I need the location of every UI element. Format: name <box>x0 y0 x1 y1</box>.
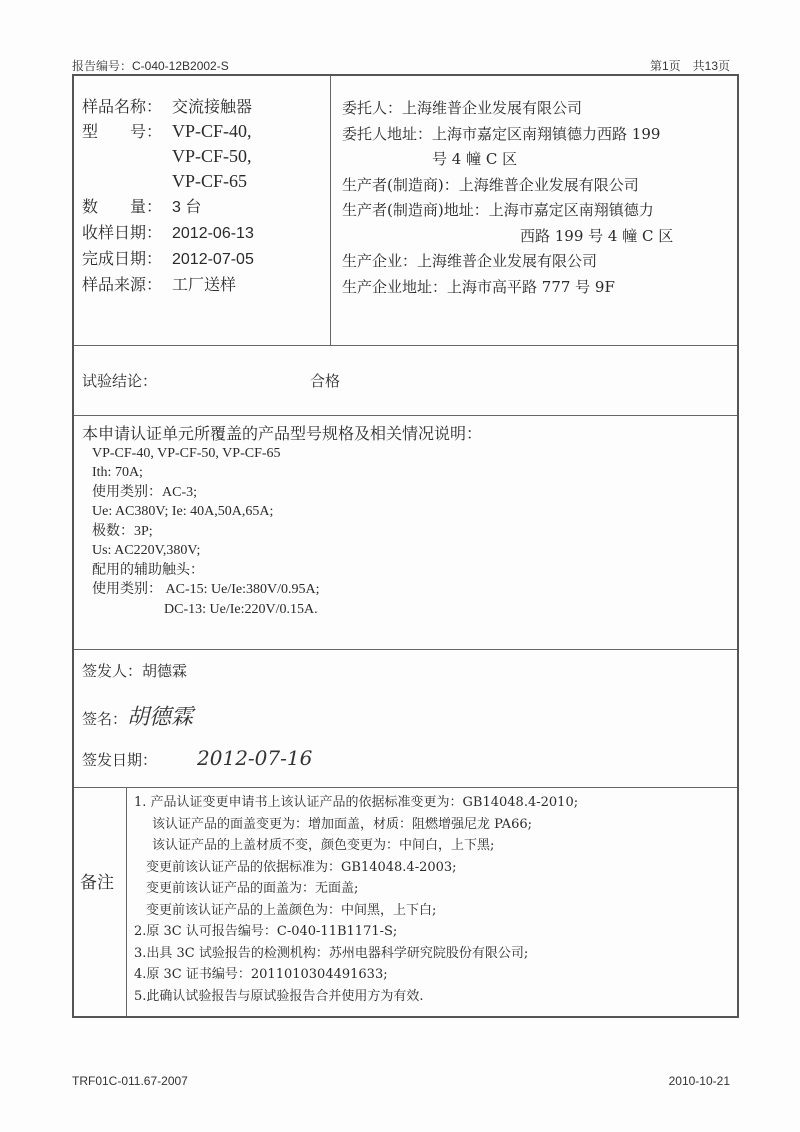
description: 本申请认证单元所覆盖的产品型号规格及相关情况说明： VP-CF-40, VP-C… <box>82 424 482 619</box>
remark-line: 2.原 3C 认可报告编号：C-040-11B1171-S; <box>134 921 578 943</box>
issuer: 签发人：胡德霖 <box>82 660 187 681</box>
factory: 生产企业：上海维普企业发展有限公司 <box>342 249 737 275</box>
remark-line: 该认证产品的面盖变更为：增加面盖，材质：阻燃增强尼龙 PA66; <box>134 814 578 836</box>
remark-line: 变更前该认证产品的面盖为：无面盖; <box>134 878 578 900</box>
remark-line: 1. 产品认证变更申请书上该认证产品的依据标准变更为：GB14048.4-201… <box>134 792 578 814</box>
form-number: TRF01C-011.67-2007 <box>72 1074 188 1088</box>
conclusion-value: 合格 <box>310 370 340 391</box>
description-line: Ith: 70A; <box>82 463 482 483</box>
description-line: Us: AC220V,380V; <box>82 541 482 561</box>
issue-date-label: 签发日期： <box>82 751 157 769</box>
description-line: 使用类别： AC-15: Ue/Ie:380V/0.95A; <box>82 580 482 600</box>
signature-label: 签名： <box>82 710 127 728</box>
received-date-label: 收样日期： <box>82 220 172 245</box>
report-number: 报告编号：C-040-12B2002-S <box>72 57 229 74</box>
completed-date-value: 2012-07-05 <box>172 251 254 268</box>
factory-address: 生产企业地址：上海市高平路 777 号 9F <box>342 275 737 301</box>
remark-line: 变更前该认证产品的依据标准为：GB14048.4-2003; <box>134 857 578 879</box>
manufacturer-address-cont: 西路 199 号 4 幢 C 区 <box>342 224 737 250</box>
form-date: 2010-10-21 <box>669 1074 730 1088</box>
remarks-body: 1. 产品认证变更申请书上该认证产品的依据标准变更为：GB14048.4-201… <box>134 792 578 1007</box>
description-line: VP-CF-40, VP-CF-50, VP-CF-65 <box>82 444 482 464</box>
description-title: 本申请认证单元所覆盖的产品型号规格及相关情况说明： <box>82 424 482 444</box>
remarks-label-cell: 备注 <box>74 788 127 1016</box>
client-address-cont: 号 4 幢 C 区 <box>342 147 737 173</box>
remark-line: 4.原 3C 证书编号：2011010304491633; <box>134 964 578 986</box>
column-divider <box>330 76 331 345</box>
model-value-3: VP-CF-65 <box>172 171 247 191</box>
description-line: Ue: AC380V; Ie: 40A,50A,65A; <box>82 502 482 522</box>
description-line: 极数：3P; <box>82 522 482 542</box>
remark-line: 5.此确认试验报告与原试验报告合并使用方为有效. <box>134 986 578 1008</box>
quantity-label: 数 量： <box>82 194 172 219</box>
remarks-label: 备注 <box>80 868 114 893</box>
sample-source-value: 工厂送样 <box>172 275 236 294</box>
model-value-2: VP-CF-50, <box>172 146 252 166</box>
client-info: 委托人：上海维普企业发展有限公司 委托人地址：上海市嘉定区南翔镇德力西路 199… <box>342 96 737 300</box>
remark-line: 该认证产品的上盖材质不变，颜色变更为：中间白，上下黑; <box>134 835 578 857</box>
received-date-value: 2012-06-13 <box>172 225 254 242</box>
client: 委托人：上海维普企业发展有限公司 <box>342 96 737 122</box>
description-row: 本申请认证单元所覆盖的产品型号规格及相关情况说明： VP-CF-40, VP-C… <box>74 416 737 650</box>
remark-line: 变更前该认证产品的上盖颜色为：中间黑，上下白; <box>134 900 578 922</box>
description-line: DC-13: Ue/Ie:220V/0.15A. <box>82 600 482 620</box>
remarks-row: 备注 1. 产品认证变更申请书上该认证产品的依据标准变更为：GB14048.4-… <box>74 788 737 1016</box>
manufacturer-address: 生产者(制造商)地址：上海市嘉定区南翔镇德力 <box>342 198 737 224</box>
quantity-value: 3 台 <box>172 199 201 216</box>
page-indicator: 第1页 共13页 <box>650 57 730 74</box>
remark-line: 3.出具 3C 试验报告的检测机构：苏州电器科学研究院股份有限公司; <box>134 943 578 965</box>
conclusion-label: 试验结论： <box>82 370 157 391</box>
report-table: 样品名称：交流接触器 型 号：VP-CF-40, VP-CF-50, VP-CF… <box>72 74 739 1018</box>
completed-date-label: 完成日期： <box>82 246 172 271</box>
signature: 胡德霖 <box>127 705 193 730</box>
description-line: 使用类别：AC-3; <box>82 483 482 503</box>
sample-name-value: 交流接触器 <box>172 97 252 116</box>
conclusion-row: 试验结论： 合格 <box>74 346 737 416</box>
sample-info: 样品名称：交流接触器 型 号：VP-CF-40, VP-CF-50, VP-CF… <box>82 94 254 297</box>
model-label: 型 号： <box>82 119 172 144</box>
signoff-row: 签发人：胡德霖 签名：胡德霖 签发日期：2012-07-16 <box>74 650 737 788</box>
sample-name-label: 样品名称： <box>82 94 172 119</box>
sample-info-row: 样品名称：交流接触器 型 号：VP-CF-40, VP-CF-50, VP-CF… <box>74 76 737 346</box>
client-address: 委托人地址：上海市嘉定区南翔镇德力西路 199 <box>342 122 737 148</box>
issue-date-value: 2012-07-16 <box>197 746 312 770</box>
description-line: 配用的辅助触头： <box>82 561 482 581</box>
manufacturer: 生产者(制造商)：上海维普企业发展有限公司 <box>342 173 737 199</box>
sample-source-label: 样品来源： <box>82 272 172 297</box>
model-value-1: VP-CF-40, <box>172 121 252 141</box>
